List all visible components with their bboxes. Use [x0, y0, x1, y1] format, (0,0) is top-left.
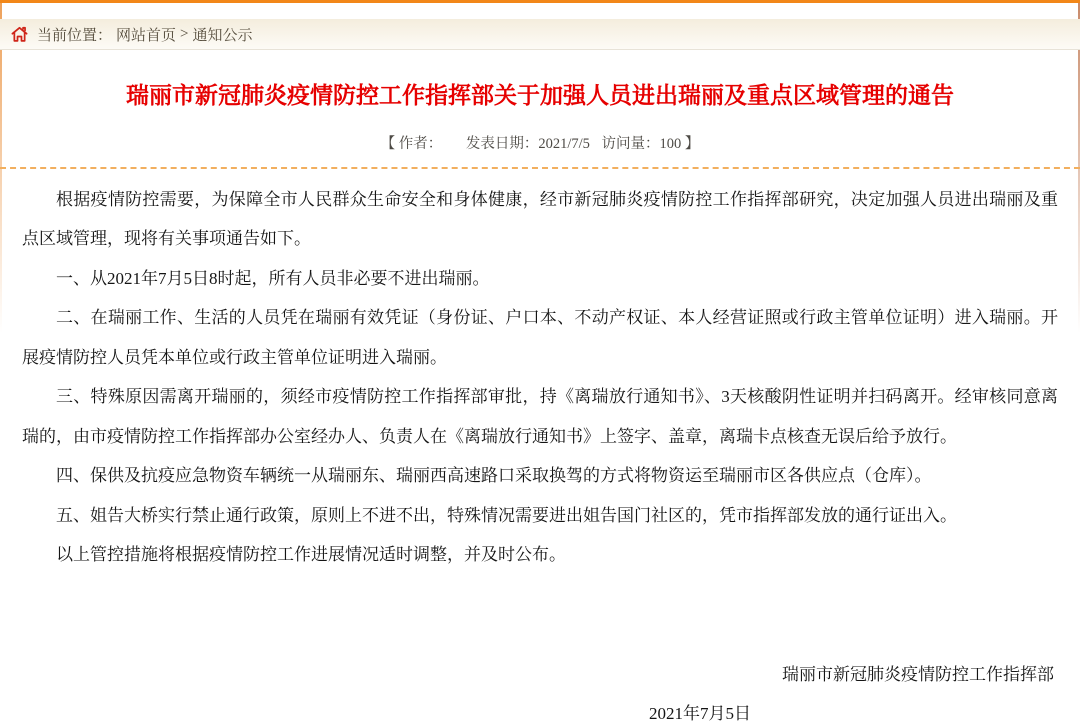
breadcrumb-separator: > [180, 26, 188, 43]
meta-visits-value: 100 [660, 136, 682, 152]
dashed-separator [0, 167, 1080, 169]
notice-article: 瑞丽市新冠肺炎疫情防控工作指挥部关于加强人员进出瑞丽及重点区域管理的通告 【 作… [0, 50, 1080, 728]
notice-paragraph: 一、从2021年7月5日8时起，所有人员非必要不进出瑞丽。 [22, 259, 1058, 299]
page-top-accent-bar [0, 0, 1080, 3]
meta-close-bracket: 】 [685, 136, 700, 152]
breadcrumb: 当前位置： 网站首页 > 通知公示 [0, 19, 1080, 50]
meta-visits-label: 访问量： [602, 136, 660, 152]
notice-body: 根据疫情防控需要，为保障全市人民群众生命安全和身体健康，经市新冠肺炎疫情防控工作… [0, 180, 1080, 575]
notice-paragraph: 二、在瑞丽工作、生活的人员凭在瑞丽有效凭证（身份证、户口本、不动产权证、本人经营… [22, 298, 1058, 377]
breadcrumb-current-page[interactable]: 通知公示 [193, 24, 253, 45]
notice-paragraph: 根据疫情防控需要，为保障全市人民群众生命安全和身体健康，经市新冠肺炎疫情防控工作… [22, 180, 1058, 259]
notice-sign-date: 2021年7月5日 [0, 694, 1080, 728]
notice-title: 瑞丽市新冠肺炎疫情防控工作指挥部关于加强人员进出瑞丽及重点区域管理的通告 [20, 82, 1060, 110]
notice-paragraph: 三、特殊原因需离开瑞丽的，须经市疫情防控工作指挥部审批，持《离瑞放行通知书》、3… [22, 377, 1058, 456]
article-meta: 【 作者： 发表日期：2021/7/5 访问量：100 】 [0, 132, 1080, 153]
notice-paragraph: 四、保供及抗疫应急物资车辆统一从瑞丽东、瑞丽西高速路口采取换驾的方式将物资运至瑞… [22, 456, 1058, 496]
notice-signature: 瑞丽市新冠肺炎疫情防控工作指挥部 [0, 655, 1080, 695]
home-icon[interactable] [10, 25, 29, 44]
meta-publish-date-value: 2021/7/5 [538, 136, 590, 152]
notice-paragraph: 五、姐告大桥实行禁止通行政策，原则上不进不出，特殊情况需要进出姐告国门社区的，凭… [22, 496, 1058, 536]
meta-open-bracket: 【 [381, 136, 396, 152]
meta-publish-date-label: 发表日期： [466, 136, 539, 152]
breadcrumb-location-label: 当前位置： [37, 24, 112, 45]
breadcrumb-home-link[interactable]: 网站首页 [116, 24, 176, 45]
notice-paragraph: 以上管控措施将根据疫情防控工作进展情况适时调整，并及时公布。 [22, 535, 1058, 575]
meta-author-label: 作者： [399, 136, 443, 152]
